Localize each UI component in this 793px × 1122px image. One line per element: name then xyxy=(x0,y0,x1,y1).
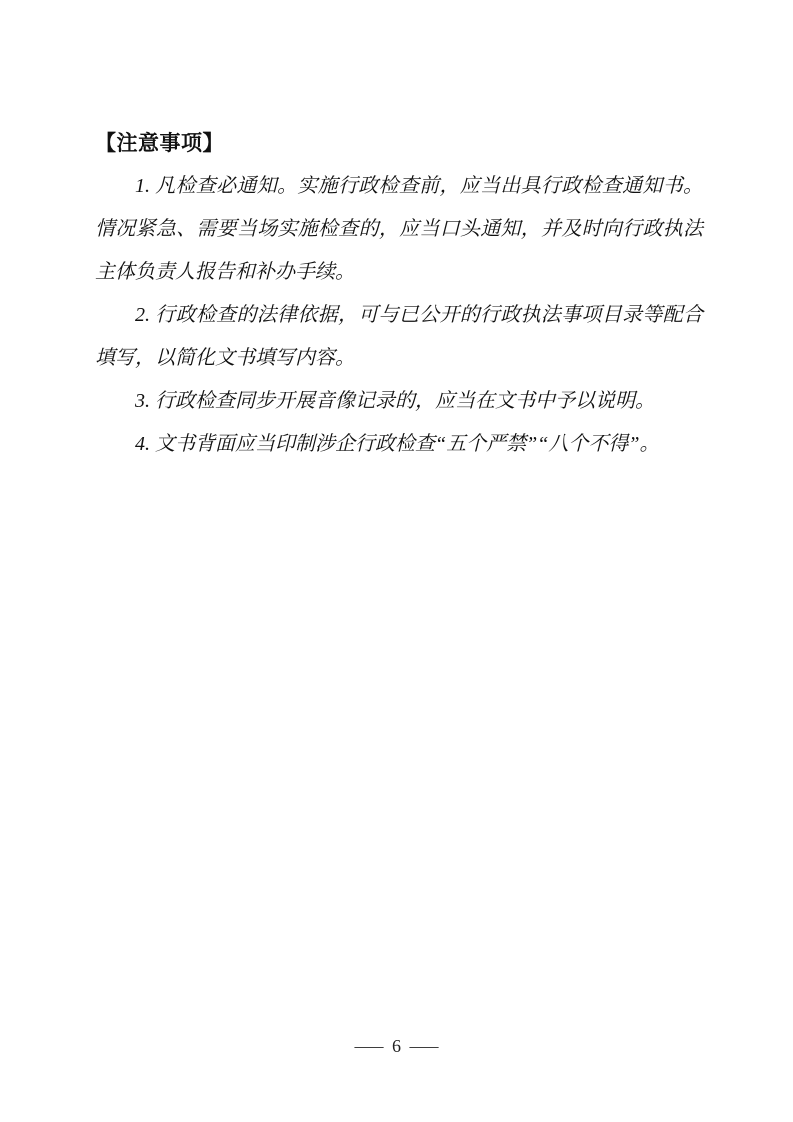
page-footer: —6— xyxy=(0,1036,793,1057)
note-paragraph-2: 2. 行政检查的法律依据，可与已公开的行政执法事项目录等配合填写，以简化文书填写… xyxy=(95,294,703,380)
note-paragraph-4: 4. 文书背面应当印制涉企行政检查“五个严禁”“八个不得”。 xyxy=(95,423,703,466)
footer-dash-left: — xyxy=(355,1036,384,1057)
page-number: 6 xyxy=(392,1036,401,1057)
notice-section: 【注意事项】 1. 凡检查必通知。实施行政检查前，应当出具行政检查通知书。情况紧… xyxy=(95,122,703,466)
footer-dash-right: — xyxy=(410,1036,439,1057)
note-paragraph-1: 1. 凡检查必通知。实施行政检查前，应当出具行政检查通知书。情况紧急、需要当场实… xyxy=(95,165,703,294)
section-heading: 【注意事项】 xyxy=(95,122,703,165)
document-page: 【注意事项】 1. 凡检查必通知。实施行政检查前，应当出具行政检查通知书。情况紧… xyxy=(0,0,793,1122)
note-paragraph-3: 3. 行政检查同步开展音像记录的，应当在文书中予以说明。 xyxy=(95,380,703,423)
